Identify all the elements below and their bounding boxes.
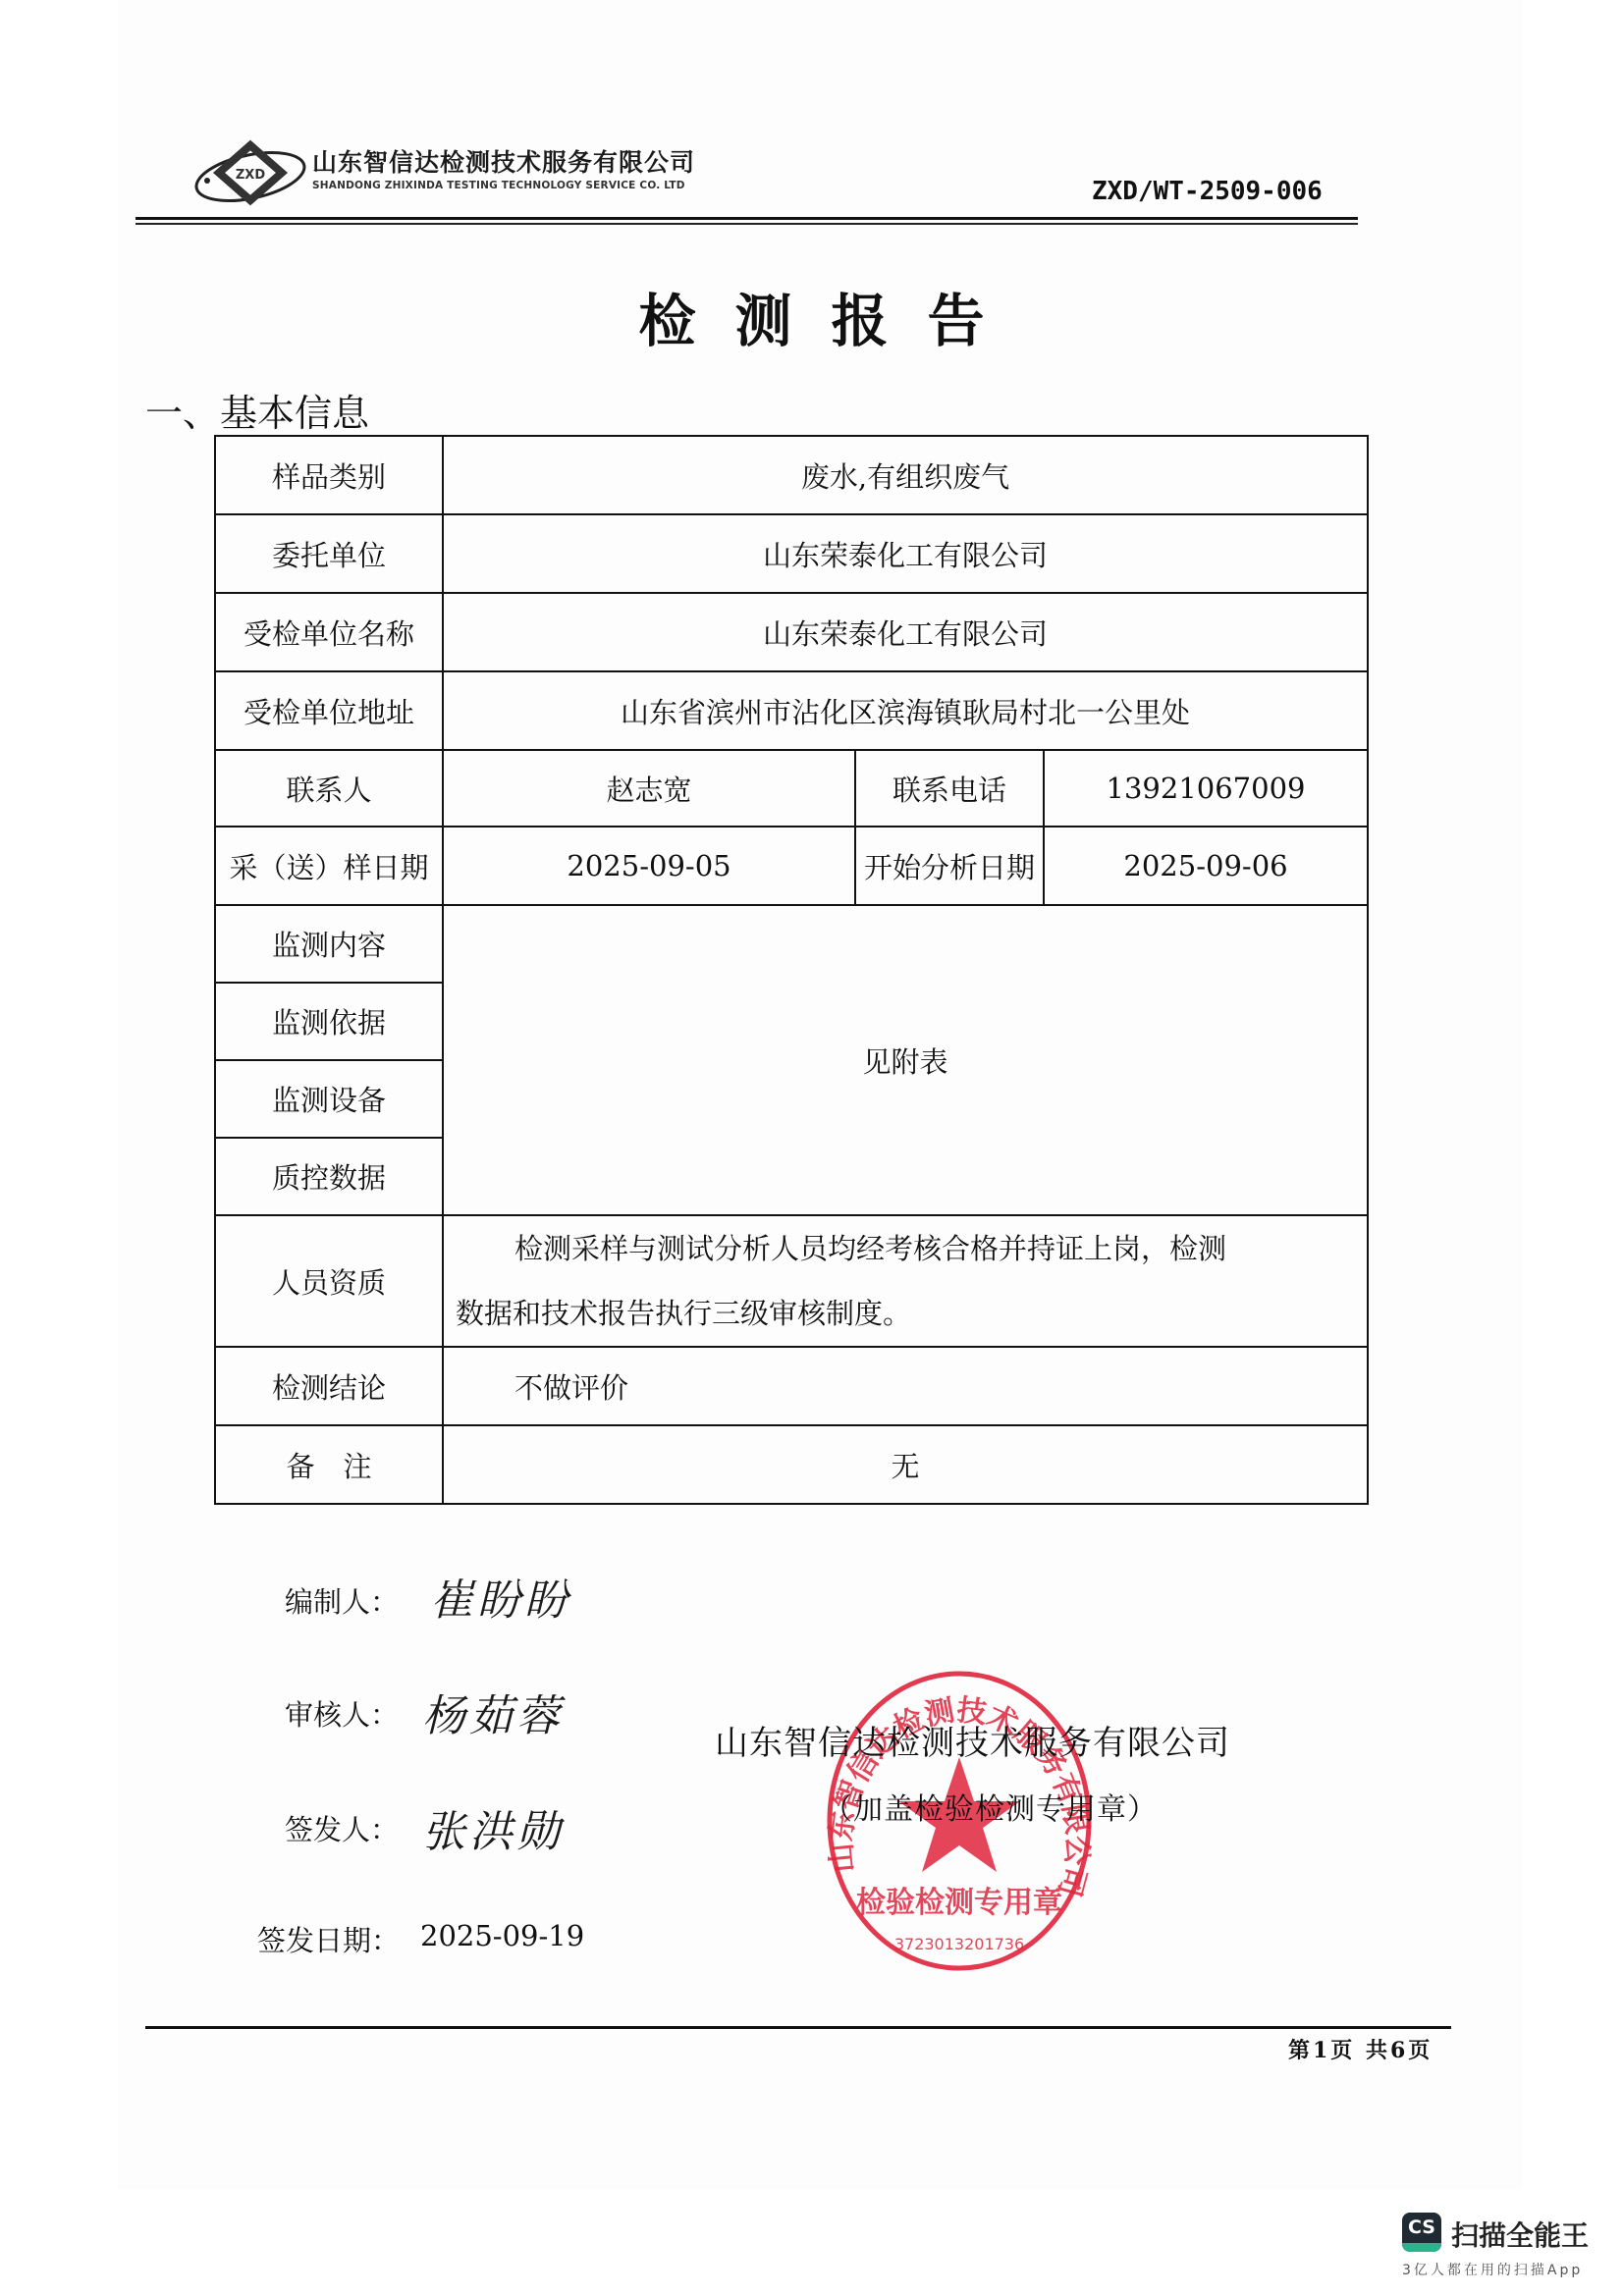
analysis-start-value: 2025-09-06 (1044, 827, 1368, 905)
report-page: ZXD 山东智信达检测技术服务有限公司 SHANDONG ZHIXINDA TE… (0, 0, 1623, 2296)
svg-text:检验检测专用章: 检验检测专用章 (856, 1886, 1062, 1920)
compiler-label: 编制人： (285, 1580, 399, 1621)
contact-label: 联系人 (215, 750, 443, 827)
issuer-signature: 张洪勋 (422, 1796, 564, 1859)
personnel-line-1: 检测采样与测试分析人员均经考核合格并持证上岗，检测 (514, 1232, 1226, 1265)
sample-type-value: 废水,有组织废气 (443, 436, 1368, 514)
table-row: 备 注 无 (215, 1425, 1368, 1504)
table-row: 联系人 赵志宽 联系电话 13921067009 (215, 750, 1368, 827)
footer-divider (145, 2026, 1451, 2029)
svg-text:ZXD: ZXD (236, 168, 265, 183)
sampling-date-value: 2025-09-05 (443, 827, 855, 905)
report-title: 检测报告 (0, 275, 1623, 357)
client-label: 委托单位 (215, 514, 443, 593)
remarks-value: 无 (443, 1425, 1368, 1504)
header-divider-thin (135, 223, 1358, 225)
inspected-address-value: 山东省滨州市沾化区滨海镇耿局村北一公里处 (443, 671, 1368, 750)
sampling-date-label: 采（送）样日期 (215, 827, 443, 905)
personnel-label: 人员资质 (215, 1215, 443, 1347)
company-name-en: SHANDONG ZHIXINDA TESTING TECHNOLOGY SER… (312, 180, 685, 191)
compiler-signature: 崔盼盼 (430, 1565, 571, 1628)
reviewer-signature: 杨茹蓉 (422, 1681, 564, 1743)
phone-label: 联系电话 (855, 750, 1044, 827)
page-number: 第1页 共6页 (1288, 2034, 1433, 2064)
svg-text:3723013201736: 3723013201736 (894, 1935, 1024, 1953)
camscanner-slogan: 3亿人都在用的扫描App (1402, 2260, 1583, 2279)
table-row: 委托单位 山东荣泰化工有限公司 (215, 514, 1368, 593)
sample-type-label: 样品类别 (215, 436, 443, 514)
table-row: 监测内容 见附表 (215, 905, 1368, 983)
see-appendix-value: 见附表 (443, 905, 1368, 1215)
inspected-name-value: 山东荣泰化工有限公司 (443, 593, 1368, 671)
sign-date-value: 2025-09-19 (420, 1919, 584, 1952)
contact-value: 赵志宽 (443, 750, 855, 827)
issuer-company: 山东智信达检测技术服务有限公司 (715, 1716, 1230, 1764)
phone-value: 13921067009 (1044, 750, 1368, 827)
table-row: 采（送）样日期 2025-09-05 开始分析日期 2025-09-06 (215, 827, 1368, 905)
qc-data-label: 质控数据 (215, 1138, 443, 1215)
issuer-seal-note: （加盖检验检测专用章） (823, 1785, 1158, 1828)
company-name-cn: 山东智信达检测技术服务有限公司 (312, 143, 695, 179)
basic-info-table: 样品类别 废水,有组织废气 委托单位 山东荣泰化工有限公司 受检单位名称 山东荣… (214, 435, 1369, 1505)
report-number: ZXD/WT-2509-006 (1092, 177, 1323, 206)
personnel-value: 检测采样与测试分析人员均经考核合格并持证上岗，检测 数据和技术报告执行三级审核制… (443, 1215, 1368, 1347)
monitoring-equipment-label: 监测设备 (215, 1060, 443, 1138)
section-title: 一、基本信息 (145, 383, 369, 437)
conclusion-value: 不做评价 (443, 1347, 1368, 1425)
camscanner-logo-icon: CS (1402, 2213, 1441, 2252)
table-row: 受检单位地址 山东省滨州市沾化区滨海镇耿局村北一公里处 (215, 671, 1368, 750)
zxd-logo-icon: ZXD (191, 139, 309, 208)
table-row: 人员资质 检测采样与测试分析人员均经考核合格并持证上岗，检测 数据和技术报告执行… (215, 1215, 1368, 1347)
table-row: 受检单位名称 山东荣泰化工有限公司 (215, 593, 1368, 671)
reviewer-label: 审核人： (285, 1693, 399, 1734)
monitoring-basis-label: 监测依据 (215, 983, 443, 1060)
personnel-line-2: 数据和技术报告执行三级审核制度。 (456, 1297, 911, 1330)
sign-date-label: 签发日期： (257, 1919, 400, 1959)
header-divider (135, 217, 1358, 220)
issuer-label: 签发人： (285, 1808, 399, 1848)
monitoring-content-label: 监测内容 (215, 905, 443, 983)
client-value: 山东荣泰化工有限公司 (443, 514, 1368, 593)
inspected-name-label: 受检单位名称 (215, 593, 443, 671)
remarks-label: 备 注 (215, 1425, 443, 1504)
camscanner-app-name: 扫描全能王 (1451, 2215, 1589, 2254)
analysis-start-label: 开始分析日期 (855, 827, 1044, 905)
table-row: 检测结论 不做评价 (215, 1347, 1368, 1425)
inspected-address-label: 受检单位地址 (215, 671, 443, 750)
conclusion-label: 检测结论 (215, 1347, 443, 1425)
table-row: 样品类别 废水,有组织废气 (215, 436, 1368, 514)
